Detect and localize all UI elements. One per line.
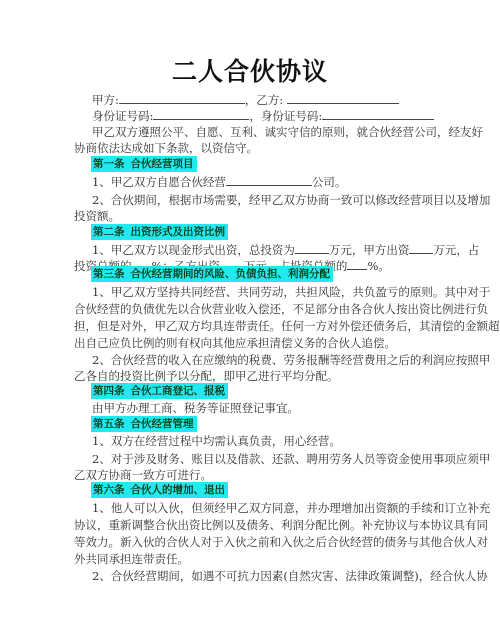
id-line: 身份证号码:，身份证号码: xyxy=(92,108,434,124)
company-name-blank[interactable] xyxy=(226,174,312,186)
section-3-line-1: 1、甲乙双方坚持共同经营、共同劳动，共担风险，共负盈亏的原则。其中对于 xyxy=(92,284,490,300)
section-6-heading: 第六条合伙人的增加、退出 xyxy=(91,482,228,498)
section-1-line-3: 投资额。 xyxy=(74,208,120,224)
section-3-line-4: 出自己应负比例的则有权向其他应承担清偿义务的合伙人追偿。 xyxy=(74,335,396,351)
section-1-heading: 第一条合伙经营项目 xyxy=(91,156,197,172)
total-investment-blank[interactable] xyxy=(295,242,329,254)
section-6-line-2: 协议，重新调整合伙出资比例以及债务、利润分配比例。补充协议与本协议具有同 xyxy=(74,517,488,533)
section-4-heading: 第四条合伙工商登记、报税 xyxy=(91,383,228,399)
section-1-line-2: 2、合伙期间，根据市场需要，经甲乙双方协商一致可以修改经营项目以及增加 xyxy=(92,192,490,208)
section-5-heading: 第五条合伙经营管理 xyxy=(91,416,197,432)
section-1-line-1: 1、甲乙双方自愿合伙经营公司。 xyxy=(92,174,346,190)
section-4-line-1: 由甲方办理工商、税务等证照登记事宜。 xyxy=(92,400,299,416)
party-a-label: 甲方: xyxy=(92,93,119,107)
section-3-line-3: 担，但是对外，甲乙双方均具连带责任。任何一方对外偿还债务后，其清偿的金额超 xyxy=(74,318,500,334)
section-6-line-5: 2、合伙经营期间，如遇不可抗力因素(自然灾害、法律政策调整)，经合伙人协 xyxy=(92,568,488,584)
id-label-b: ，身份证号码: xyxy=(249,109,322,123)
section-3-line-2: 合伙经营的负债优先以合伙营业收入偿还，不足部分由各合伙人按出资比例进行负 xyxy=(74,301,488,317)
section-6-line-1: 1、他人可以入伙，但须经甲乙双方同意，并办理增加出资额的手续和订立补充 xyxy=(92,500,490,516)
party-a-investment-blank[interactable] xyxy=(409,242,433,254)
section-2-line-1: 1、甲乙双方以现金形式出资，总投资为万元，甲方出资万元，占 xyxy=(92,242,479,258)
section-3-line-5: 2、合伙经营的收入在应缴纳的税费、劳务报酬等经营费用之后的利润应按照甲 xyxy=(92,352,490,368)
id-a-blank[interactable] xyxy=(153,108,249,120)
section-2-heading: 第二条出资形式及出资比例 xyxy=(91,224,228,240)
section-5-line-1: 1、双方在经营过程中均需认真负责，用心经营。 xyxy=(92,433,341,449)
section-6-line-4: 外共同承担连带责任。 xyxy=(74,551,189,567)
party-line: 甲方:，乙方: xyxy=(92,92,399,108)
section-3-heading: 第三条合伙经营期间的风险、负债负担、利润分配 xyxy=(91,266,333,282)
section-3-line-6: 乙各自的投资比例予以分配，即甲乙进行平均分配。 xyxy=(74,368,339,384)
id-label-a: 身份证号码: xyxy=(92,109,153,123)
section-6-line-3: 等效力。新入伙的合伙人对于入伙之前和入伙之后合伙经营的债务与其他合伙人对 xyxy=(74,534,488,550)
party-a-blank[interactable] xyxy=(119,92,245,104)
party-b-blank[interactable] xyxy=(287,92,399,104)
preamble-line-1: 甲乙双方遵照公平、自愿、互利、诚实守信的原则，就合伙经营公司，经友好 xyxy=(92,124,483,140)
party-b-percent-blank[interactable] xyxy=(347,258,367,270)
section-5-line-2: 2、对于涉及财务、账目以及借款、还款、聘用劳务人员等资金使用事项应须甲 xyxy=(92,451,490,467)
document-title: 二人合伙协议 xyxy=(0,52,500,88)
section-5-line-3: 乙双方协商一致方可进行。 xyxy=(74,467,212,483)
preamble-line-2: 协商依法达成如下条款，以资信守。 xyxy=(74,140,258,156)
party-b-label: ，乙方: xyxy=(245,93,283,107)
document-page: 二人合伙协议 甲方:，乙方: 身份证号码:，身份证号码: 甲乙双方遵照公平、自愿… xyxy=(0,0,500,618)
id-b-blank[interactable] xyxy=(322,108,434,120)
